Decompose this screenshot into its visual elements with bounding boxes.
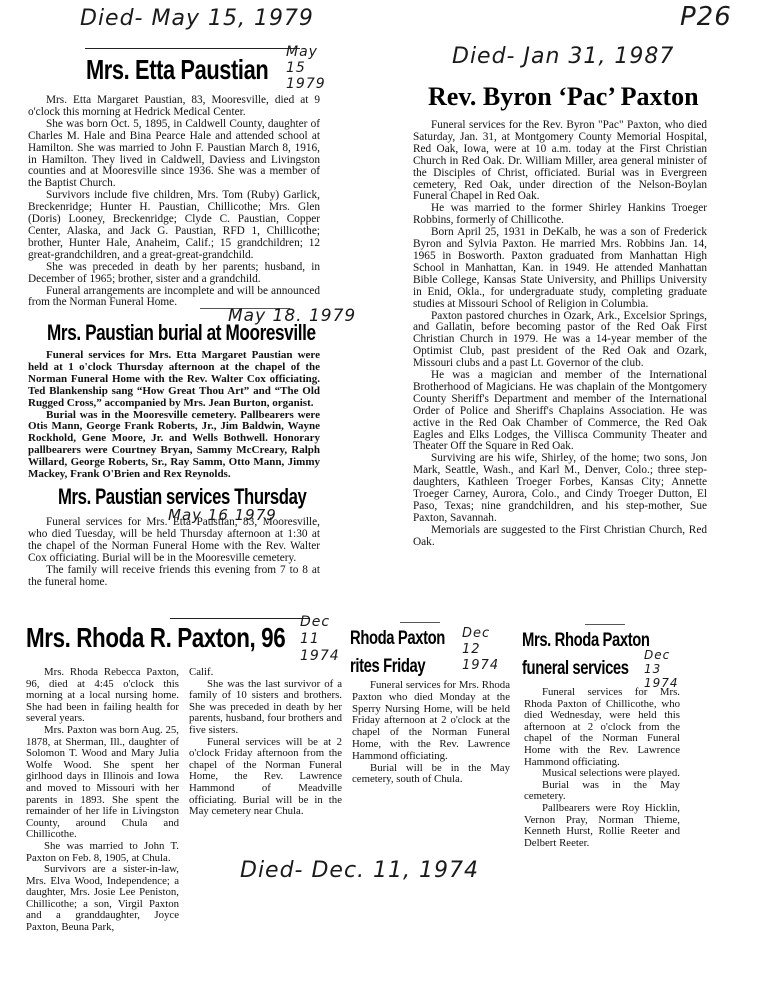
paragraph: Burial was in the Mooresville cemetery. … <box>28 410 320 481</box>
paragraph: Musical selections were played. <box>524 768 680 780</box>
paragraph: Pallbearers were Roy Hicklin, Vernon Pra… <box>524 803 680 849</box>
paragraph: He was a magician and member of the Inte… <box>413 370 707 453</box>
headline-line: funeral services <box>522 655 650 683</box>
paragraph: She was born Oct. 5, 1895, in Caldwell C… <box>28 119 320 190</box>
handwritten-death-date: Died- Jan 31, 1987 <box>452 44 674 69</box>
page-marker: P26 <box>680 2 732 32</box>
paragraph: Surviving are his wife, Shirley, of the … <box>413 453 707 524</box>
divider <box>585 624 625 625</box>
paragraph: The family will receive friends this eve… <box>28 565 320 589</box>
handwritten-date-note: Dec 12 1974 <box>462 626 502 674</box>
headline-line: Mrs. Rhoda Paxton <box>522 627 650 655</box>
handwritten-date-note: Dec 11 1974 <box>300 614 350 665</box>
paragraph: Paxton pastored churches in Ozark, Ark.,… <box>413 311 707 371</box>
paragraph: Mrs. Etta Margaret Paustian, 83, Mooresv… <box>28 95 320 119</box>
paragraph: Mrs. Rhoda Rebecca Paxton, 96, died at 4… <box>26 667 179 725</box>
paragraph: Survivors include five children, Mrs. To… <box>28 190 320 261</box>
paragraph: Burial was in the May cemetery. <box>524 780 680 803</box>
paragraph: Born April 25, 1931 in DeKalb, he was a … <box>413 227 707 310</box>
paragraph: Funeral services for Mrs. Rhoda Paxton o… <box>524 687 680 768</box>
paragraph: She was married to John T. Paxton on Feb… <box>26 841 179 864</box>
paragraph: Funeral services for Mrs. Etta Paustian,… <box>28 517 320 565</box>
paragraph: Mrs. Paxton was born Aug. 25, 1878, at S… <box>26 725 179 841</box>
article-byron-paxton: Funeral services for the Rev. Byron "Pac… <box>413 120 707 549</box>
article-rhoda-rites: Funeral services for Mrs. Rhoda Paxton w… <box>352 680 510 786</box>
headline-line: Rhoda Paxton <box>350 625 445 653</box>
headline-paustian-burial: Mrs. Paustian burial at Mooresville <box>47 320 316 346</box>
divider <box>170 618 310 619</box>
handwritten-date-note: Dec 13 1974 <box>644 648 684 690</box>
paragraph: Burial will be in the May cemetery, sout… <box>352 763 510 787</box>
article-paustian-services: Funeral services for Mrs. Etta Paustian,… <box>28 517 320 588</box>
divider <box>85 48 300 49</box>
column-1: Mrs. Rhoda Rebecca Paxton, 96, died at 4… <box>26 667 179 934</box>
article-rhoda-paxton: Mrs. Rhoda Rebecca Paxton, 96, died at 4… <box>26 667 342 934</box>
article-rhoda-funeral: Funeral services for Mrs. Rhoda Paxton o… <box>524 687 680 849</box>
paragraph: She was preceded in death by her parents… <box>28 262 320 286</box>
paragraph: Survivors are a sister-in-law, Mrs. Elva… <box>26 864 179 934</box>
paragraph: Funeral services for the Rev. Byron "Pac… <box>413 120 707 203</box>
paragraph: Funeral services will be at 2 o'clock Fr… <box>189 737 342 818</box>
handwritten-death-date: Died- Dec. 11, 1974 <box>240 858 479 883</box>
headline-byron-paxton: Rev. Byron ‘Pac’ Paxton <box>428 82 699 112</box>
paragraph: He was married to the former Shirley Han… <box>413 203 707 227</box>
paragraph: Funeral services for Mrs. Etta Margaret … <box>28 350 320 410</box>
paragraph: Memorials are suggested to the First Chr… <box>413 525 707 549</box>
headline-etta-paustian: Mrs. Etta Paustian <box>86 54 268 86</box>
article-paustian-burial: Funeral services for Mrs. Etta Margaret … <box>28 350 320 481</box>
headline-line: rites Friday <box>350 653 445 681</box>
handwritten-death-date: Died- May 15, 1979 <box>80 6 314 31</box>
divider <box>400 622 440 623</box>
headline-rhoda-paxton: Mrs. Rhoda R. Paxton, 96 <box>26 622 285 654</box>
paragraph: Calif. <box>189 667 342 679</box>
handwritten-date-note: May 15 1979 <box>286 44 336 92</box>
headline-rhoda-funeral: Mrs. Rhoda Paxton funeral services <box>522 627 650 683</box>
column-2: Calif. She was the last survivor of a fa… <box>189 667 342 934</box>
headline-rhoda-rites: Rhoda Paxton rites Friday <box>350 625 445 681</box>
article-etta-paustian: Mrs. Etta Margaret Paustian, 83, Mooresv… <box>28 95 320 309</box>
paragraph: Funeral services for Mrs. Rhoda Paxton w… <box>352 680 510 763</box>
paragraph: She was the last survivor of a family of… <box>189 679 342 737</box>
